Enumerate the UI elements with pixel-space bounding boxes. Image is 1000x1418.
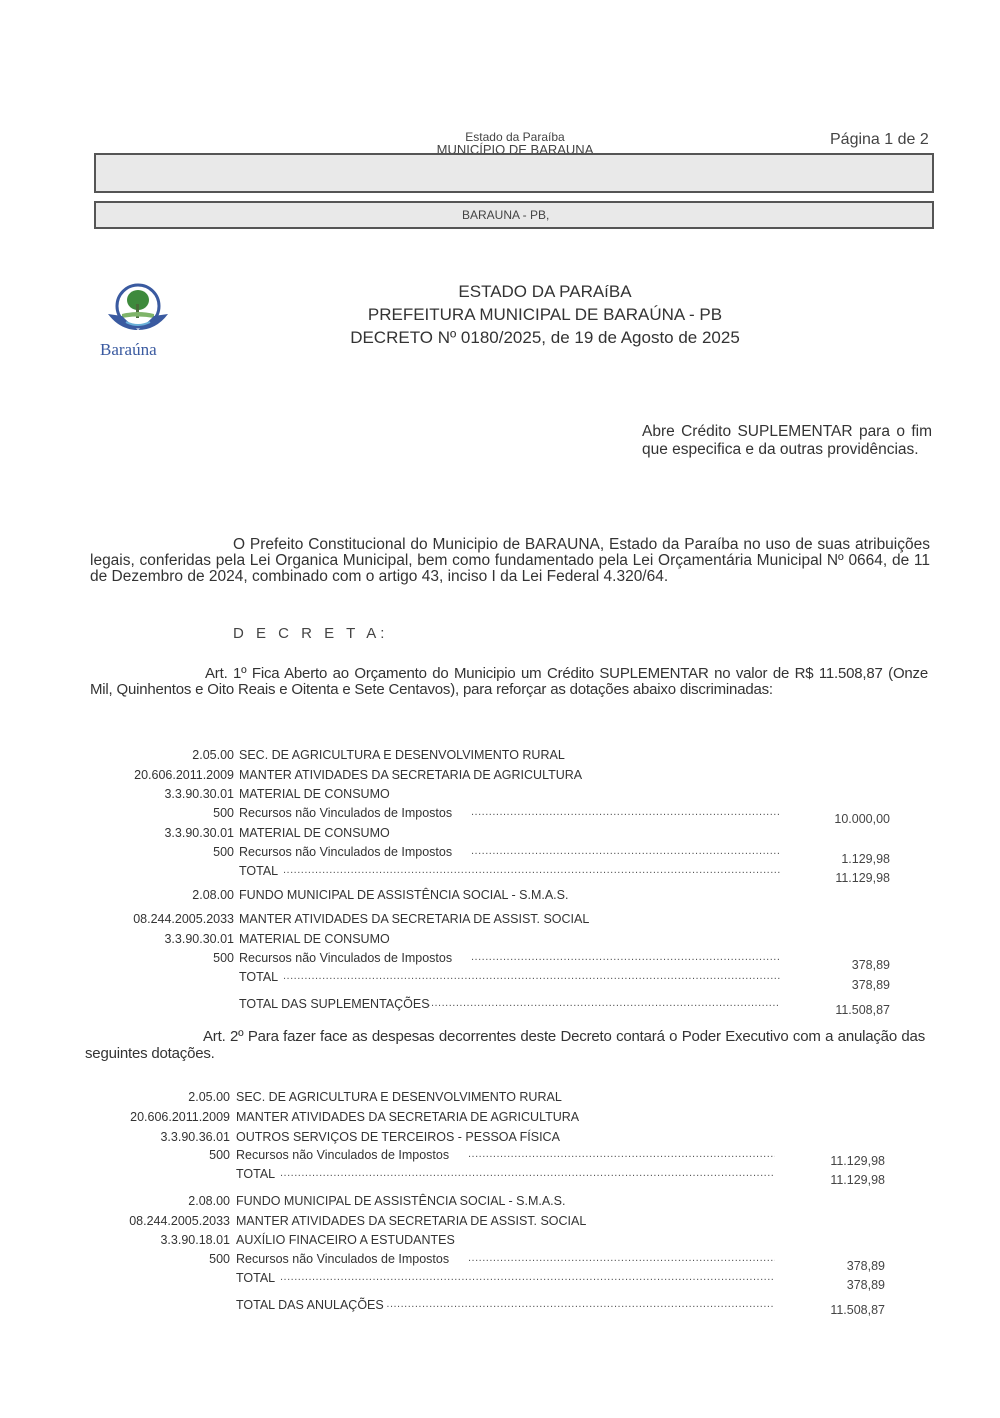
leader-dots: ........................................… [468,1252,775,1264]
row-description: Recursos não Vinculados de Impostos [236,1148,449,1162]
row-code: 3.3.90.30.01 [164,826,234,840]
row-code: 20.606.2011.2009 [134,768,234,782]
row-code: 500 [213,806,234,820]
row-description: MANTER ATIVIDADES DA SECRETARIA DE ASSIS… [239,912,589,926]
row-description: Recursos não Vinculados de Impostos [239,806,452,820]
row-code: 2.05.00 [188,1090,230,1104]
article-1: Art. 1º Fica Aberto ao Orçamento do Muni… [90,666,928,698]
row-code: 500 [209,1252,230,1266]
row-description: AUXÍLIO FINACEIRO A ESTUDANTES [236,1233,455,1247]
leader-dots: ........................................… [427,997,780,1009]
table-row: 20.606.2011.2009MANTER ATIVIDADES DA SEC… [0,768,1000,787]
row-description: TOTAL DAS ANULAÇÕES [236,1298,384,1312]
table-row: 2.08.00FUNDO MUNICIPAL DE ASSISTÊNCIA SO… [0,888,1000,907]
article-2: Art. 2º Para fazer face as despesas deco… [85,1028,925,1062]
row-description: MANTER ATIVIDADES DA SECRETARIA DE ASSIS… [236,1214,586,1228]
row-description: MANTER ATIVIDADES DA SECRETARIA DE AGRIC… [239,768,582,782]
row-code: 500 [213,845,234,859]
municipal-logo: Baraúna [100,280,180,365]
row-description: TOTAL [236,1271,275,1285]
row-description: TOTAL [236,1167,275,1181]
row-description: MATERIAL DE CONSUMO [239,826,390,840]
table-row: 3.3.90.18.01AUXÍLIO FINACEIRO A ESTUDANT… [0,1233,1000,1252]
row-description: TOTAL DAS SUPLEMENTAÇÕES [239,997,430,1011]
row-description: SEC. DE AGRICULTURA E DESENVOLVIMENTO RU… [239,748,565,762]
preamble-paragraph: O Prefeito Constitucional do Municipio d… [90,537,930,585]
row-amount: 378,89 [800,978,890,992]
row-description: Recursos não Vinculados de Impostos [239,845,452,859]
location-label: BARAUNA - PB, [462,208,549,222]
row-code: 3.3.90.30.01 [164,932,234,946]
leader-dots: ........................................… [468,1148,775,1160]
row-description: MATERIAL DE CONSUMO [239,932,390,946]
row-amount: 378,89 [795,1278,885,1292]
table-row: 2.08.00FUNDO MUNICIPAL DE ASSISTÊNCIA SO… [0,1194,1000,1213]
row-amount: 11.129,98 [795,1154,885,1168]
table-row: 08.244.2005.2033MANTER ATIVIDADES DA SEC… [0,912,1000,931]
table-row: 2.05.00SEC. DE AGRICULTURA E DESENVOLVIM… [0,1090,1000,1109]
logo-text: Baraúna [100,340,157,360]
row-description: OUTROS SERVIÇOS DE TERCEIROS - PESSOA FÍ… [236,1130,560,1144]
row-code: 08.244.2005.2033 [133,912,234,926]
row-code: 3.3.90.18.01 [160,1233,230,1247]
table-row: 3.3.90.30.01MATERIAL DE CONSUMO [0,826,1000,845]
leader-dots: ........................................… [283,970,780,982]
leader-dots: ........................................… [386,1298,775,1310]
row-code: 2.05.00 [192,748,234,762]
row-code: 3.3.90.36.01 [160,1130,230,1144]
row-code: 500 [213,951,234,965]
row-description: Recursos não Vinculados de Impostos [236,1252,449,1266]
header-location-box: BARAUNA - PB, [94,201,934,229]
leader-dots: ........................................… [471,951,780,963]
decree-summary: Abre Crédito SUPLEMENTAR para o fim que … [642,423,932,459]
row-amount: 10.000,00 [800,812,890,826]
row-code: 20.606.2011.2009 [130,1110,230,1124]
row-code: 500 [209,1148,230,1162]
row-description: TOTAL [239,970,278,984]
row-code: 2.08.00 [188,1194,230,1208]
row-description: SEC. DE AGRICULTURA E DESENVOLVIMENTO RU… [236,1090,562,1104]
row-description: FUNDO MUNICIPAL DE ASSISTÊNCIA SOCIAL - … [239,888,568,902]
table-row: 3.3.90.30.01MATERIAL DE CONSUMO [0,932,1000,951]
leader-dots: ........................................… [471,806,780,818]
table-row: 20.606.2011.2009MANTER ATIVIDADES DA SEC… [0,1110,1000,1129]
leader-dots: ........................................… [283,864,780,876]
header-blank-box [94,153,934,193]
row-description: MATERIAL DE CONSUMO [239,787,390,801]
leader-dots: ........................................… [280,1167,775,1179]
decree-number: DECRETO Nº 0180/2025, de 19 de Agosto de… [330,326,760,349]
title-prefeitura: PREFEITURA MUNICIPAL DE BARAÚNA - PB [330,303,760,326]
table-row: 3.3.90.30.01MATERIAL DE CONSUMO [0,787,1000,806]
title-state: ESTADO DA PARAíBA [330,280,760,303]
page-indicator: Página 1 de 2 [830,131,929,149]
decreta-label: D E C R E T A: [233,625,388,642]
row-description: MANTER ATIVIDADES DA SECRETARIA DE AGRIC… [236,1110,579,1124]
row-description: Recursos não Vinculados de Impostos [239,951,452,965]
leader-dots: ........................................… [280,1271,775,1283]
row-amount: 11.129,98 [795,1173,885,1187]
row-code: 3.3.90.30.01 [164,787,234,801]
row-amount: 11.508,87 [795,1303,885,1317]
row-code: 08.244.2005.2033 [129,1214,230,1228]
municipal-emblem-icon [100,280,180,342]
table-row: 08.244.2005.2033MANTER ATIVIDADES DA SEC… [0,1214,1000,1233]
row-amount: 11.508,87 [800,1003,890,1017]
row-description: TOTAL [239,864,278,878]
row-code: 2.08.00 [192,888,234,902]
row-description: FUNDO MUNICIPAL DE ASSISTÊNCIA SOCIAL - … [236,1194,565,1208]
table-row: 2.05.00SEC. DE AGRICULTURA E DESENVOLVIM… [0,748,1000,767]
table-row: 3.3.90.36.01OUTROS SERVIÇOS DE TERCEIROS… [0,1130,1000,1149]
row-amount: 11.129,98 [800,871,890,885]
leader-dots: ........................................… [471,845,780,857]
